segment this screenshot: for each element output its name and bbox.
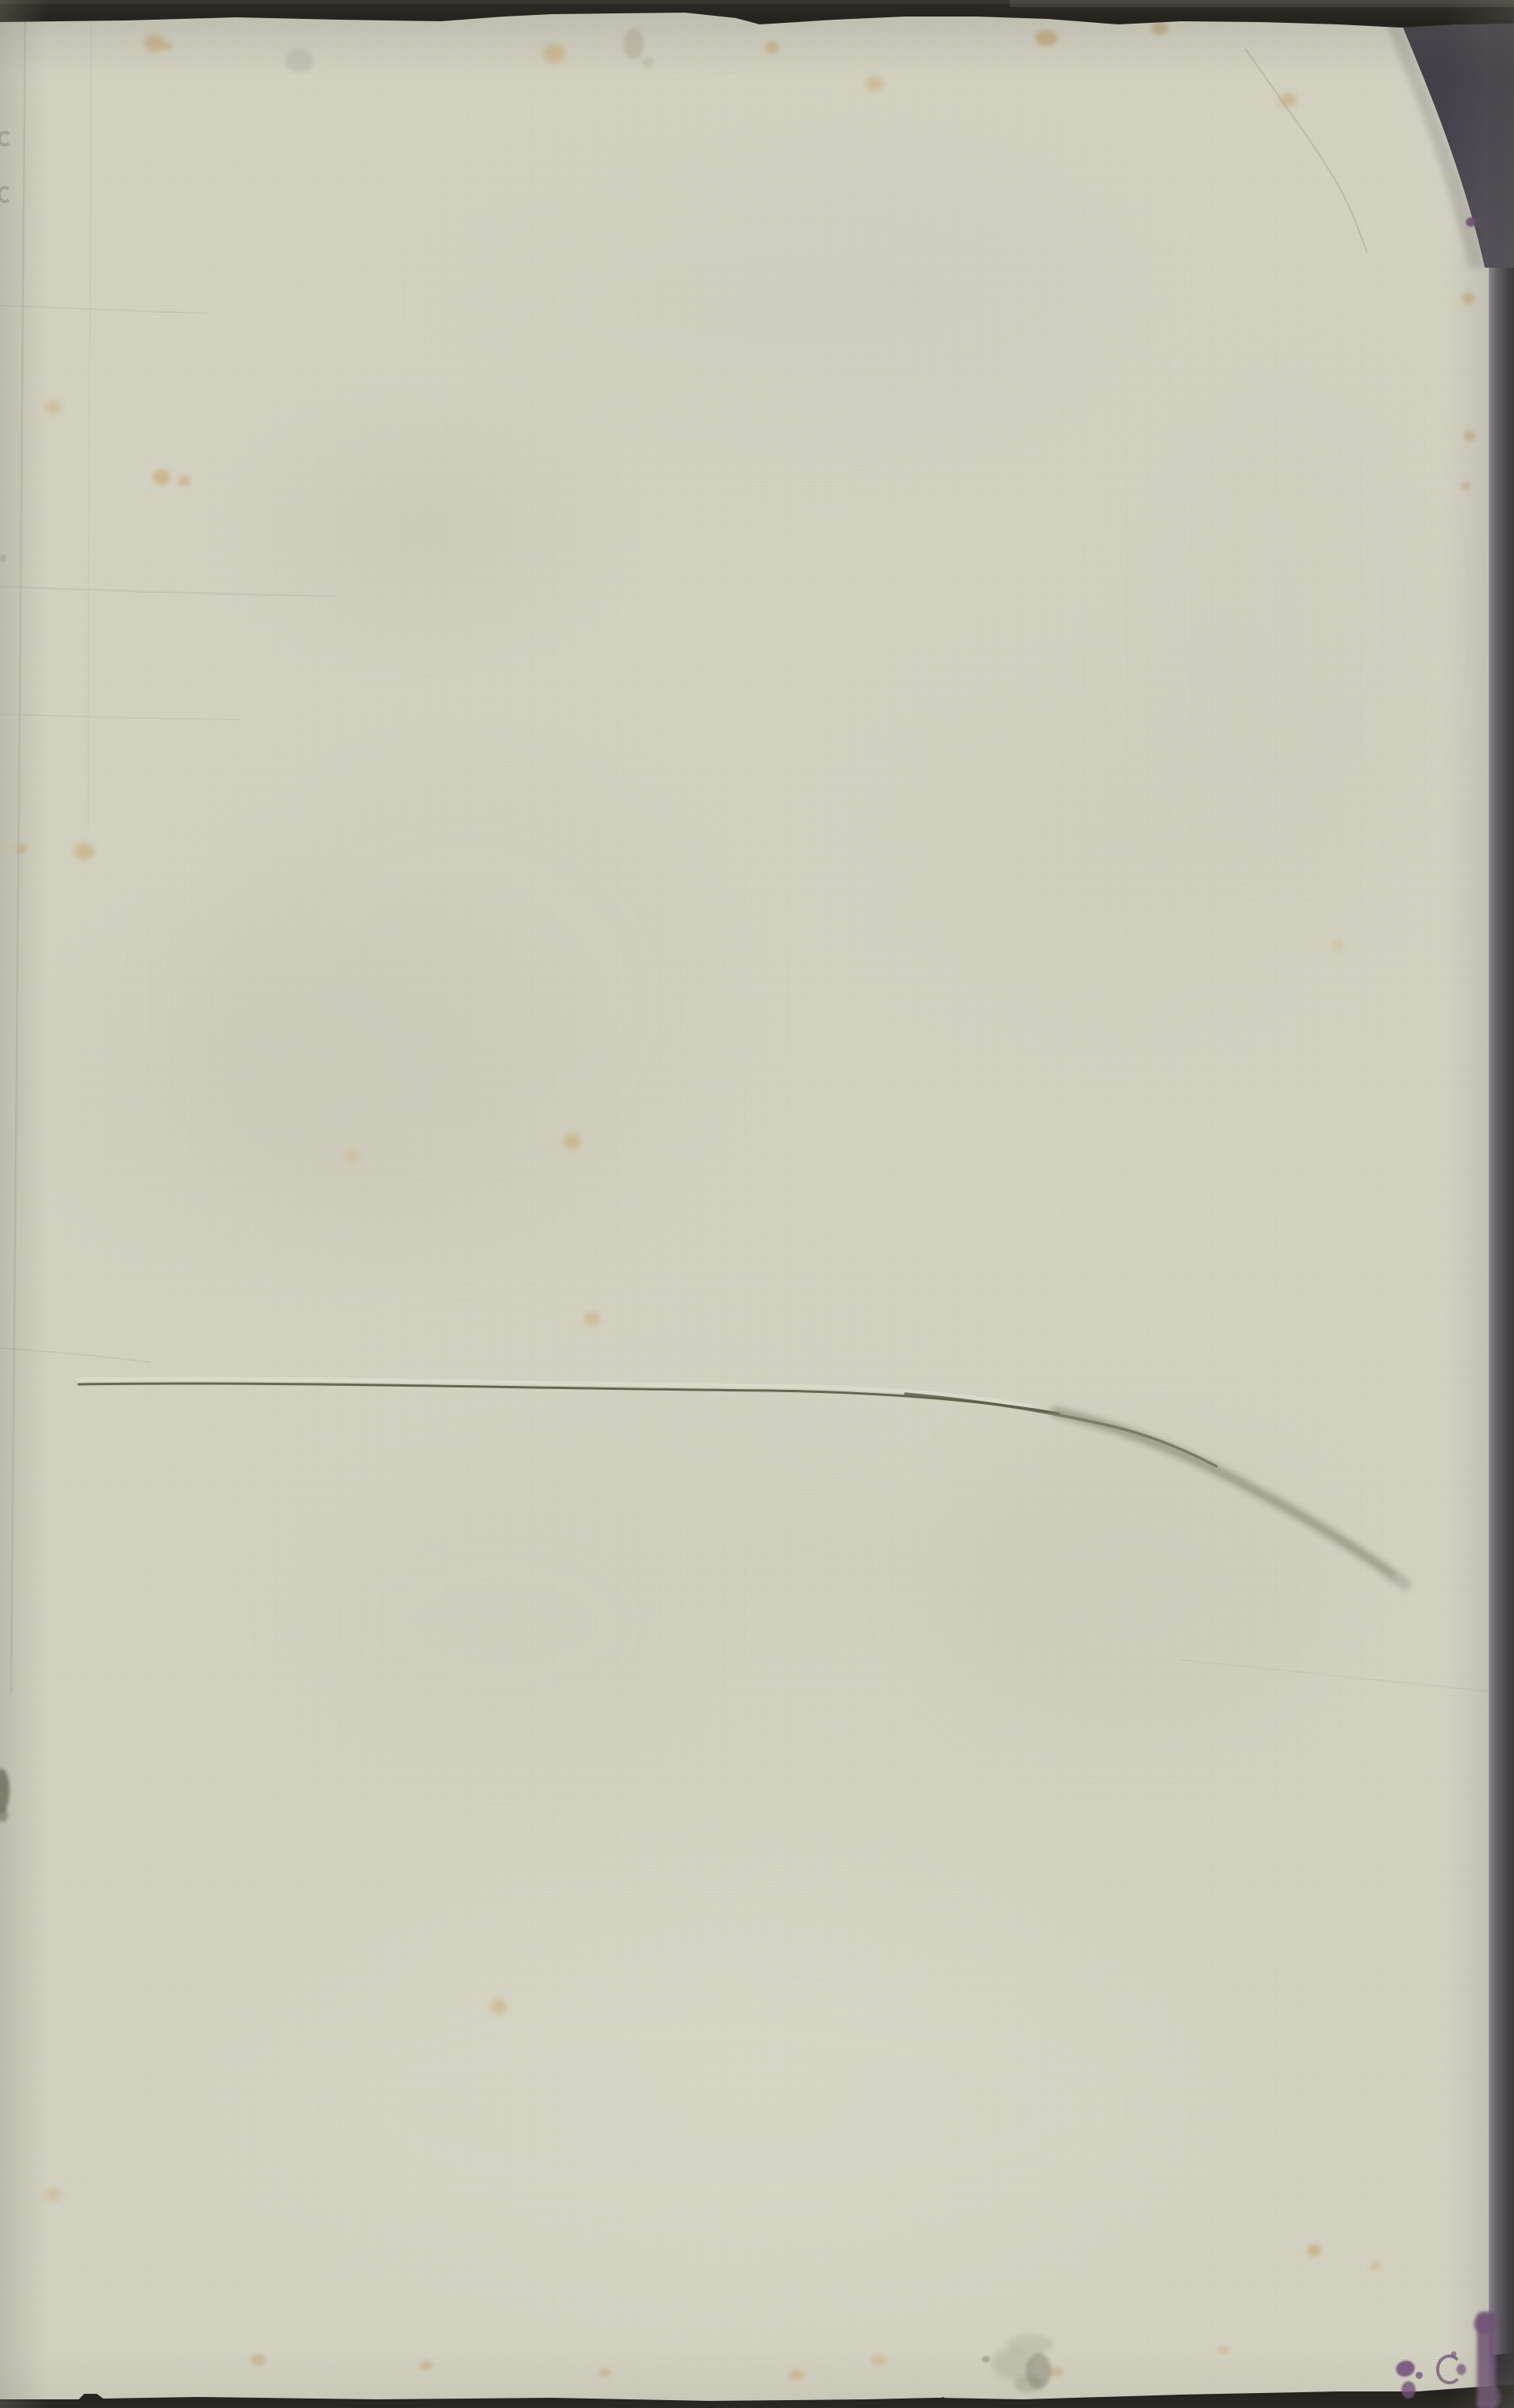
edge-vignette bbox=[0, 0, 1514, 2408]
book-page-scan bbox=[0, 0, 1514, 2408]
